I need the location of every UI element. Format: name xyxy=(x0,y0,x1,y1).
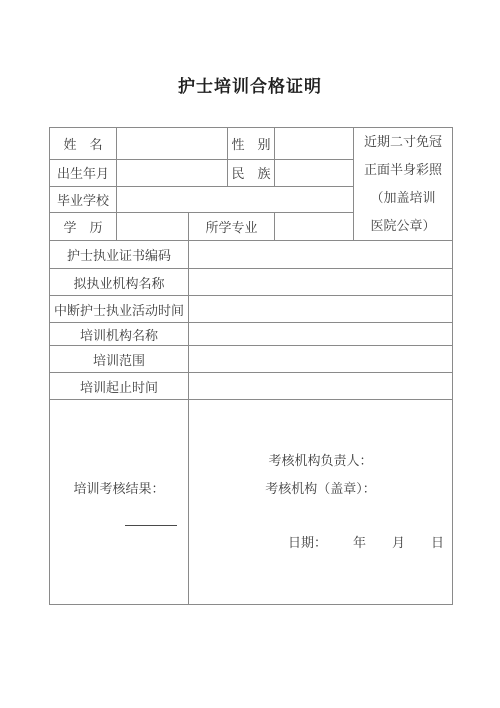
school-value xyxy=(117,187,354,213)
assessor-org-label: 考核机构（盖章）： xyxy=(189,482,452,496)
training-org-value xyxy=(189,323,453,346)
table-row: 培训起止时间 xyxy=(50,373,453,400)
major-value xyxy=(275,213,354,241)
school-label: 毕业学校 xyxy=(50,187,117,213)
date-label: 日期： xyxy=(288,536,327,550)
interruption-label: 中断护士执业活动时间 xyxy=(50,296,189,323)
license-no-value xyxy=(189,241,453,269)
certificate-page: 护士培训合格证明 姓 名 性 别 近期二寸免冠 正面半身彩照 （加盖培训 医院公… xyxy=(0,0,500,708)
name-value xyxy=(117,128,228,160)
training-scope-label: 培训范围 xyxy=(50,346,189,373)
table-row: 护士执业证书编码 xyxy=(50,241,453,269)
photo-placeholder-cell: 近期二寸免冠 正面半身彩照 （加盖培训 医院公章） xyxy=(354,128,453,241)
signoff-cell: 考核机构负责人： 考核机构（盖章）： 日期： 年 月 日 xyxy=(189,400,453,605)
assessor-head-label: 考核机构负责人： xyxy=(189,454,452,468)
birth-value xyxy=(117,159,228,186)
gender-label: 性 别 xyxy=(228,128,275,160)
photo-note-line: 近期二寸免冠 xyxy=(354,128,452,156)
photo-note-line: 正面半身彩照 xyxy=(354,156,452,184)
interruption-value xyxy=(189,296,453,323)
table-row: 培训考核结果： 考核机构负责人： 考核机构（盖章）： 日期： 年 月 日 xyxy=(50,400,453,605)
table-row: 姓 名 性 别 近期二寸免冠 正面半身彩照 （加盖培训 医院公章） xyxy=(50,128,453,160)
birth-label: 出生年月 xyxy=(50,159,117,186)
month-label: 月 xyxy=(392,536,405,550)
certificate-form-table: 姓 名 性 别 近期二寸免冠 正面半身彩照 （加盖培训 医院公章） 出生年月 民… xyxy=(49,127,453,605)
training-scope-value xyxy=(189,346,453,373)
year-label: 年 xyxy=(353,536,366,550)
intended-org-value xyxy=(189,269,453,296)
training-org-label: 培训机构名称 xyxy=(50,323,189,346)
page-title: 护士培训合格证明 xyxy=(0,72,500,97)
table-row: 中断护士执业活动时间 xyxy=(50,296,453,323)
date-line: 日期： 年 月 日 xyxy=(189,536,452,550)
day-label: 日 xyxy=(431,536,444,550)
training-period-value xyxy=(189,373,453,400)
intended-org-label: 拟执业机构名称 xyxy=(50,269,189,296)
ethnicity-value xyxy=(275,159,354,186)
ethnicity-label: 民 族 xyxy=(228,159,275,186)
training-result-cell: 培训考核结果： xyxy=(50,400,189,605)
education-value xyxy=(117,213,189,241)
table-row: 培训范围 xyxy=(50,346,453,373)
name-label: 姓 名 xyxy=(50,128,117,160)
table-row: 拟执业机构名称 xyxy=(50,269,453,296)
table-row: 培训机构名称 xyxy=(50,323,453,346)
major-label: 所学专业 xyxy=(189,213,275,241)
education-label: 学 历 xyxy=(50,213,117,241)
photo-note-line: （加盖培训 xyxy=(354,184,452,212)
training-period-label: 培训起止时间 xyxy=(50,373,189,400)
photo-note-line: 医院公章） xyxy=(354,212,452,240)
gender-value xyxy=(275,128,354,160)
training-result-label: 培训考核结果： xyxy=(50,478,188,497)
result-blank-line xyxy=(125,525,177,526)
license-no-label: 护士执业证书编码 xyxy=(50,241,189,269)
